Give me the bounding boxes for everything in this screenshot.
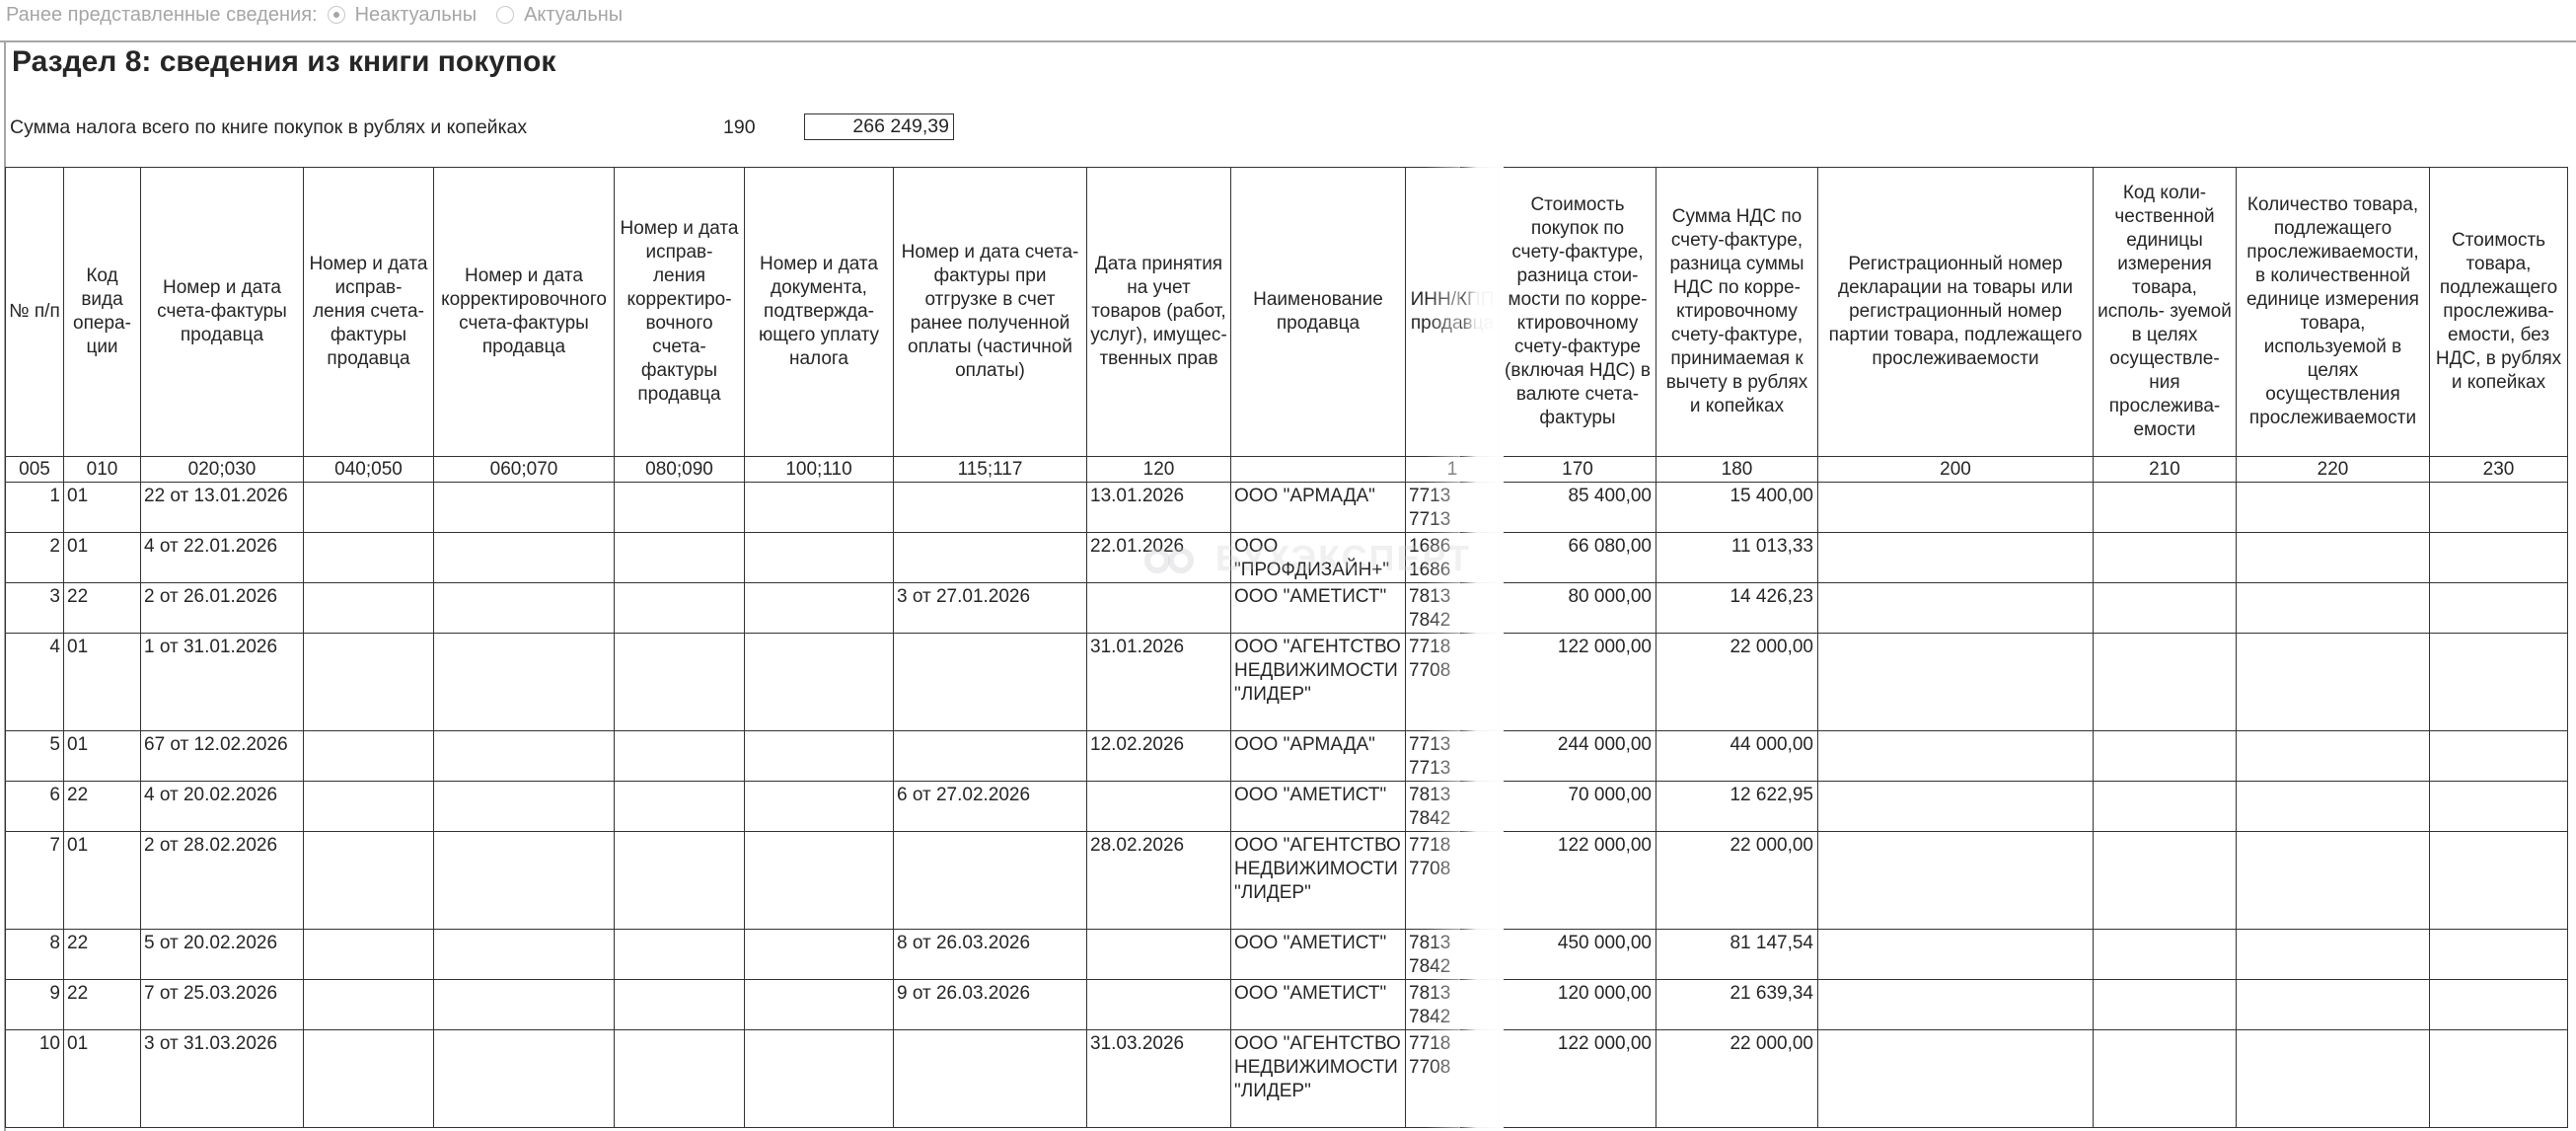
payment-doc[interactable]: [745, 634, 894, 731]
advance-invoice[interactable]: [894, 731, 1087, 782]
trace-cost[interactable]: [2430, 483, 2568, 533]
tax-total-value: 266 249,39: [804, 113, 954, 140]
unit-code[interactable]: [2094, 980, 2237, 1030]
trace-quantity[interactable]: [2237, 930, 2430, 980]
line-code: 020;030: [141, 457, 304, 483]
invoice-number-date[interactable]: 2 от 28.02.2026: [141, 832, 304, 930]
accept-date[interactable]: 13.01.2026: [1087, 483, 1231, 533]
trace-quantity[interactable]: [2237, 483, 2430, 533]
radio-empty-icon[interactable]: [496, 6, 514, 24]
corr-invoice-fix[interactable]: [615, 634, 745, 731]
row-number[interactable]: 1: [6, 483, 64, 533]
tax-total-line-code: 190: [723, 116, 756, 139]
vat-amount[interactable]: 11 013,33: [1656, 533, 1818, 583]
seller-name[interactable]: ООО "ПРОФДИЗАЙН+": [1231, 533, 1406, 583]
column-header: Регистрационный номер декларации на това…: [1818, 168, 2094, 457]
payment-doc[interactable]: [745, 483, 894, 533]
operation-code[interactable]: 01: [64, 634, 141, 731]
trace-cost[interactable]: [2430, 930, 2568, 980]
trace-cost[interactable]: [2430, 583, 2568, 634]
column-header: Сумма НДС по счету-фактуре, разница сумм…: [1656, 168, 1818, 457]
invoice-fix[interactable]: [304, 832, 434, 930]
corr-invoice[interactable]: [434, 634, 615, 731]
vat-amount[interactable]: 44 000,00: [1656, 731, 1818, 782]
header-row: № п/пКод вида опера- цииНомер и дата сче…: [6, 168, 2568, 457]
radio-not-actual-label: Неактуальны: [355, 4, 477, 27]
unit-code[interactable]: [2094, 483, 2237, 533]
seller-inn-kpp[interactable]: 7813 7842: [1406, 782, 1500, 832]
corr-invoice[interactable]: [434, 980, 615, 1030]
invoice-number-date[interactable]: 4 от 22.01.2026: [141, 533, 304, 583]
trace-quantity[interactable]: [2237, 731, 2430, 782]
purchase-cost[interactable]: 85 400,00: [1500, 483, 1656, 533]
seller-name[interactable]: ООО "АРМАДА": [1231, 483, 1406, 533]
corr-invoice[interactable]: [434, 930, 615, 980]
previous-info-group: Ранее представленные сведения: Неактуаль…: [6, 2, 642, 28]
seller-name[interactable]: ООО "АГЕНТСТВО НЕДВИЖИМОСТИ "ЛИДЕР": [1231, 1030, 1406, 1128]
column-header: Стоимость товара, подлежащего прослежива…: [2430, 168, 2568, 457]
operation-code[interactable]: 22: [64, 583, 141, 634]
invoice-fix[interactable]: [304, 483, 434, 533]
trace-cost[interactable]: [2430, 731, 2568, 782]
invoice-number-date[interactable]: 4 от 20.02.2026: [141, 782, 304, 832]
vat-amount[interactable]: 14 426,23: [1656, 583, 1818, 634]
declaration-reg-number[interactable]: [1818, 483, 2094, 533]
row-number[interactable]: 7: [6, 832, 64, 930]
line-code: 210: [2094, 457, 2237, 483]
trace-cost[interactable]: [2430, 832, 2568, 930]
seller-inn-kpp[interactable]: 7813 7842: [1406, 583, 1500, 634]
corr-invoice-fix[interactable]: [615, 483, 745, 533]
invoice-fix[interactable]: [304, 731, 434, 782]
unit-code[interactable]: [2094, 1030, 2237, 1128]
seller-name[interactable]: ООО "АМЕТИСТ": [1231, 782, 1406, 832]
column-header: Дата принятия на учет товаров (работ, ус…: [1087, 168, 1231, 457]
accept-date[interactable]: 28.02.2026: [1087, 832, 1231, 930]
unit-code[interactable]: [2094, 930, 2237, 980]
line-code: 100;110: [745, 457, 894, 483]
payment-doc[interactable]: [745, 782, 894, 832]
advance-invoice[interactable]: 3 от 27.01.2026: [894, 583, 1087, 634]
declaration-reg-number[interactable]: [1818, 832, 2094, 930]
invoice-fix[interactable]: [304, 980, 434, 1030]
trace-quantity[interactable]: [2237, 634, 2430, 731]
row-number[interactable]: 5: [6, 731, 64, 782]
vat-amount[interactable]: 15 400,00: [1656, 483, 1818, 533]
accept-date[interactable]: [1087, 782, 1231, 832]
payment-doc[interactable]: [745, 533, 894, 583]
seller-inn-kpp[interactable]: 7718 7708: [1406, 1030, 1500, 1128]
radio-actual[interactable]: Актуальны: [496, 4, 623, 27]
row-number[interactable]: 4: [6, 634, 64, 731]
column-header: № п/п: [6, 168, 64, 457]
line-code: 080;090: [615, 457, 745, 483]
corr-invoice-fix[interactable]: [615, 782, 745, 832]
payment-doc[interactable]: [745, 930, 894, 980]
unit-code[interactable]: [2094, 533, 2237, 583]
seller-name[interactable]: ООО "АМЕТИСТ": [1231, 930, 1406, 980]
line-code: 115;117: [894, 457, 1087, 483]
row-number[interactable]: 9: [6, 980, 64, 1030]
vat-amount[interactable]: 22 000,00: [1656, 634, 1818, 731]
advance-invoice[interactable]: [894, 1030, 1087, 1128]
invoice-fix[interactable]: [304, 930, 434, 980]
trace-cost[interactable]: [2430, 634, 2568, 731]
operation-code[interactable]: 22: [64, 980, 141, 1030]
line-code: 1: [1406, 457, 1500, 483]
table-row[interactable]: 3222 от 26.01.20263 от 27.01.2026ООО "АМ…: [6, 583, 2568, 634]
radio-actual-label: Актуальны: [524, 4, 623, 27]
corr-invoice-fix[interactable]: [615, 930, 745, 980]
payment-doc[interactable]: [745, 1030, 894, 1128]
column-header: Номер и дата корректировочного счета-фак…: [434, 168, 615, 457]
operation-code[interactable]: 22: [64, 782, 141, 832]
seller-inn-kpp[interactable]: 1686 1686: [1406, 533, 1500, 583]
accept-date[interactable]: 12.02.2026: [1087, 731, 1231, 782]
trace-cost[interactable]: [2430, 980, 2568, 1030]
section-title: Раздел 8: сведения из книги покупок: [12, 45, 555, 79]
line-code: 220: [2237, 457, 2430, 483]
table-row[interactable]: 10013 от 31.03.202631.03.2026ООО "АГЕНТС…: [6, 1030, 2568, 1128]
operation-code[interactable]: 01: [64, 483, 141, 533]
purchase-cost[interactable]: 122 000,00: [1500, 832, 1656, 930]
line-codes-row: 005010020;030040;050060;070080;090100;11…: [6, 457, 2568, 483]
line-code: 180: [1656, 457, 1818, 483]
invoice-number-date[interactable]: 2 от 26.01.2026: [141, 583, 304, 634]
accept-date[interactable]: 31.01.2026: [1087, 634, 1231, 731]
line-code: 230: [2430, 457, 2568, 483]
seller-inn-kpp[interactable]: 7813 7842: [1406, 930, 1500, 980]
column-header: ИНН/КПП продавца: [1406, 168, 1500, 457]
payment-doc[interactable]: [745, 583, 894, 634]
table-row[interactable]: 10122 от 13.01.202613.01.2026ООО "АРМАДА…: [6, 483, 2568, 533]
payment-doc[interactable]: [745, 731, 894, 782]
table-row[interactable]: 8225 от 20.02.20268 от 26.03.2026ООО "АМ…: [6, 930, 2568, 980]
corr-invoice-fix[interactable]: [615, 980, 745, 1030]
trace-quantity[interactable]: [2237, 533, 2430, 583]
seller-name[interactable]: ООО "АГЕНТСТВО НЕДВИЖИМОСТИ "ЛИДЕР": [1231, 832, 1406, 930]
column-header: Номер и дата исправ- ления корректиро- в…: [615, 168, 745, 457]
invoice-fix[interactable]: [304, 1030, 434, 1128]
corr-invoice[interactable]: [434, 782, 615, 832]
invoice-number-date[interactable]: 1 от 31.01.2026: [141, 634, 304, 731]
advance-invoice[interactable]: 9 от 26.03.2026: [894, 980, 1087, 1030]
vat-amount[interactable]: 12 622,95: [1656, 782, 1818, 832]
unit-code[interactable]: [2094, 782, 2237, 832]
advance-invoice[interactable]: 6 от 27.02.2026: [894, 782, 1087, 832]
column-header: Наименование продавца: [1231, 168, 1406, 457]
unit-code[interactable]: [2094, 832, 2237, 930]
corr-invoice[interactable]: [434, 1030, 615, 1128]
accept-date[interactable]: [1087, 930, 1231, 980]
row-number[interactable]: 10: [6, 1030, 64, 1128]
trace-quantity[interactable]: [2237, 1030, 2430, 1128]
purchase-cost[interactable]: 122 000,00: [1500, 1030, 1656, 1128]
corr-invoice[interactable]: [434, 731, 615, 782]
vat-amount[interactable]: 81 147,54: [1656, 930, 1818, 980]
column-header: Номер и дата счета-фактуры при отгрузке …: [894, 168, 1087, 457]
advance-invoice[interactable]: 8 от 26.03.2026: [894, 930, 1087, 980]
purchase-cost[interactable]: 70 000,00: [1500, 782, 1656, 832]
table-row[interactable]: 6224 от 20.02.20266 от 27.02.2026ООО "АМ…: [6, 782, 2568, 832]
corr-invoice-fix[interactable]: [615, 1030, 745, 1128]
purchase-cost[interactable]: 122 000,00: [1500, 634, 1656, 731]
vat-amount[interactable]: 22 000,00: [1656, 832, 1818, 930]
corr-invoice-fix[interactable]: [615, 533, 745, 583]
advance-invoice[interactable]: [894, 634, 1087, 731]
invoice-fix[interactable]: [304, 583, 434, 634]
accept-date[interactable]: [1087, 583, 1231, 634]
invoice-number-date[interactable]: 3 от 31.03.2026: [141, 1030, 304, 1128]
corr-invoice-fix[interactable]: [615, 731, 745, 782]
corr-invoice[interactable]: [434, 583, 615, 634]
operation-code[interactable]: 01: [64, 832, 141, 930]
declaration-reg-number[interactable]: [1818, 533, 2094, 583]
seller-inn-kpp[interactable]: 7713 7713: [1406, 731, 1500, 782]
advance-invoice[interactable]: [894, 832, 1087, 930]
trace-cost[interactable]: [2430, 782, 2568, 832]
accept-date[interactable]: 22.01.2026: [1087, 533, 1231, 583]
payment-doc[interactable]: [745, 832, 894, 930]
previous-info-label: Ранее представленные сведения:: [6, 4, 318, 27]
line-code: 170: [1500, 457, 1656, 483]
column-header: Код вида опера- ции: [64, 168, 141, 457]
invoice-number-date[interactable]: 7 от 25.03.2026: [141, 980, 304, 1030]
row-number[interactable]: 8: [6, 930, 64, 980]
seller-name[interactable]: ООО "АМЕТИСТ": [1231, 980, 1406, 1030]
accept-date[interactable]: 31.03.2026: [1087, 1030, 1231, 1128]
advance-invoice[interactable]: [894, 533, 1087, 583]
purchase-cost[interactable]: 80 000,00: [1500, 583, 1656, 634]
declaration-reg-number[interactable]: [1818, 634, 2094, 731]
line-code: 005: [6, 457, 64, 483]
vat-amount[interactable]: 21 639,34: [1656, 980, 1818, 1030]
operation-code[interactable]: 01: [64, 1030, 141, 1128]
trace-cost[interactable]: [2430, 1030, 2568, 1128]
table-row[interactable]: 50167 от 12.02.202612.02.2026ООО "АРМАДА…: [6, 731, 2568, 782]
line-code: 060;070: [434, 457, 615, 483]
purchase-book-table: № п/пКод вида опера- цииНомер и дата сче…: [5, 167, 2568, 1128]
unit-code[interactable]: [2094, 583, 2237, 634]
trace-quantity[interactable]: [2237, 980, 2430, 1030]
table-row[interactable]: 4011 от 31.01.202631.01.2026ООО "АГЕНТСТ…: [6, 634, 2568, 731]
column-header: Номер и дата исправ- ления счета- фактур…: [304, 168, 434, 457]
invoice-number-date[interactable]: 5 от 20.02.2026: [141, 930, 304, 980]
vat-amount[interactable]: 22 000,00: [1656, 1030, 1818, 1128]
trace-cost[interactable]: [2430, 533, 2568, 583]
purchase-cost[interactable]: 66 080,00: [1500, 533, 1656, 583]
row-number[interactable]: 6: [6, 782, 64, 832]
seller-inn-kpp[interactable]: 7713 7713: [1406, 483, 1500, 533]
seller-inn-kpp[interactable]: 7718 7708: [1406, 634, 1500, 731]
invoice-fix[interactable]: [304, 634, 434, 731]
seller-inn-kpp[interactable]: 7718 7708: [1406, 832, 1500, 930]
table-row[interactable]: 9227 от 25.03.20269 от 26.03.2026ООО "АМ…: [6, 980, 2568, 1030]
unit-code[interactable]: [2094, 731, 2237, 782]
purchase-cost[interactable]: 244 000,00: [1500, 731, 1656, 782]
invoice-fix[interactable]: [304, 533, 434, 583]
seller-name[interactable]: ООО "АГЕНТСТВО НЕДВИЖИМОСТИ "ЛИДЕР": [1231, 634, 1406, 731]
line-code: 040;050: [304, 457, 434, 483]
declaration-reg-number[interactable]: [1818, 930, 2094, 980]
advance-invoice[interactable]: [894, 483, 1087, 533]
line-code: 010: [64, 457, 141, 483]
corr-invoice-fix[interactable]: [615, 583, 745, 634]
purchase-cost[interactable]: 120 000,00: [1500, 980, 1656, 1030]
column-header: Количество товара, подлежащего прослежив…: [2237, 168, 2430, 457]
row-number[interactable]: 2: [6, 533, 64, 583]
seller-inn-kpp[interactable]: 7813 7842: [1406, 980, 1500, 1030]
corr-invoice[interactable]: [434, 533, 615, 583]
payment-doc[interactable]: [745, 980, 894, 1030]
radio-selected-icon[interactable]: [328, 6, 345, 24]
column-header: Стоимость покупок по счету-фактуре, разн…: [1500, 168, 1656, 457]
table-row[interactable]: 7012 от 28.02.202628.02.2026ООО "АГЕНТСТ…: [6, 832, 2568, 930]
row-number[interactable]: 3: [6, 583, 64, 634]
trace-quantity[interactable]: [2237, 832, 2430, 930]
operation-code[interactable]: 01: [64, 533, 141, 583]
corr-invoice-fix[interactable]: [615, 832, 745, 930]
unit-code[interactable]: [2094, 634, 2237, 731]
declaration-reg-number[interactable]: [1818, 980, 2094, 1030]
column-header: Номер и дата счета-фактуры продавца: [141, 168, 304, 457]
line-code: [1231, 457, 1406, 483]
accept-date[interactable]: [1087, 980, 1231, 1030]
radio-not-actual[interactable]: Неактуальны: [328, 4, 477, 27]
invoice-number-date[interactable]: 67 от 12.02.2026: [141, 731, 304, 782]
declaration-reg-number[interactable]: [1818, 583, 2094, 634]
trace-quantity[interactable]: [2237, 583, 2430, 634]
invoice-fix[interactable]: [304, 782, 434, 832]
operation-code[interactable]: 01: [64, 731, 141, 782]
invoice-number-date[interactable]: 22 от 13.01.2026: [141, 483, 304, 533]
declaration-reg-number[interactable]: [1818, 1030, 2094, 1128]
line-code: 120: [1087, 457, 1231, 483]
table-row[interactable]: 2014 от 22.01.202622.01.2026ООО "ПРОФДИЗ…: [6, 533, 2568, 583]
corr-invoice[interactable]: [434, 483, 615, 533]
seller-name[interactable]: ООО "АРМАДА": [1231, 731, 1406, 782]
tax-total-label: Сумма налога всего по книге покупок в ру…: [10, 116, 527, 139]
seller-name[interactable]: ООО "АМЕТИСТ": [1231, 583, 1406, 634]
line-code: 200: [1818, 457, 2094, 483]
trace-quantity[interactable]: [2237, 782, 2430, 832]
operation-code[interactable]: 22: [64, 930, 141, 980]
column-header: Код коли- чественной единицы измерения т…: [2094, 168, 2237, 457]
corr-invoice[interactable]: [434, 832, 615, 930]
column-header: Номер и дата документа, подтвержда- ющег…: [745, 168, 894, 457]
purchase-cost[interactable]: 450 000,00: [1500, 930, 1656, 980]
declaration-reg-number[interactable]: [1818, 731, 2094, 782]
declaration-reg-number[interactable]: [1818, 782, 2094, 832]
